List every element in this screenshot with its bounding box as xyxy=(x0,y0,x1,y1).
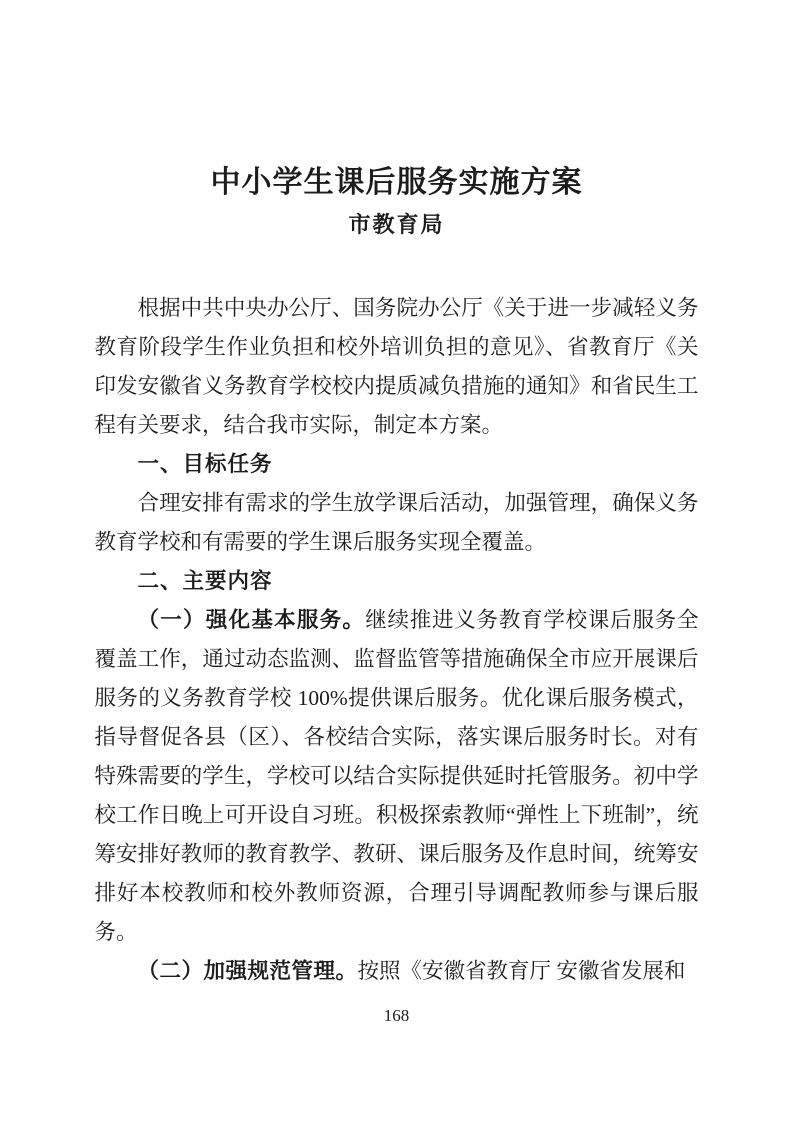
section-heading-2: 二、主要内容 xyxy=(95,562,699,601)
intro-paragraph: 根据中共中央办公厅、国务院办公厅《关于进一步减轻义务教育阶段学生作业负担和校外培… xyxy=(95,289,699,445)
item-2-body: 按照《安徽省教育厅 安徽省发展和 xyxy=(358,959,686,983)
document-body: 根据中共中央办公厅、国务院办公厅《关于进一步减轻义务教育阶段学生作业负担和校外培… xyxy=(95,289,699,991)
item-1-body: 继续推进义务教育学校课后服务全覆盖工作，通过动态监测、监督监管等措施确保全市应开… xyxy=(95,608,699,944)
goal-paragraph: 合理安排有需求的学生放学课后活动，加强管理，确保义务教育学校和有需要的学生课后服… xyxy=(95,484,699,562)
item-1-lead: （一）强化基本服务。 xyxy=(138,608,366,632)
item-2-lead: （二）加强规范管理。 xyxy=(138,959,358,983)
doc-subtitle-author: 市教育局 xyxy=(0,209,793,241)
page-title: 中小学生课后服务实施方案 xyxy=(0,0,793,203)
document-page: 中小学生课后服务实施方案 市教育局 根据中共中央办公厅、国务院办公厅《关于进一步… xyxy=(0,0,793,1122)
item-2-paragraph: （二）加强规范管理。按照《安徽省教育厅 安徽省发展和 xyxy=(95,952,699,991)
item-1-paragraph: （一）强化基本服务。继续推进义务教育学校课后服务全覆盖工作，通过动态监测、监督监… xyxy=(95,601,699,952)
page-number: 168 xyxy=(0,1005,793,1027)
section-heading-1: 一、目标任务 xyxy=(95,445,699,484)
